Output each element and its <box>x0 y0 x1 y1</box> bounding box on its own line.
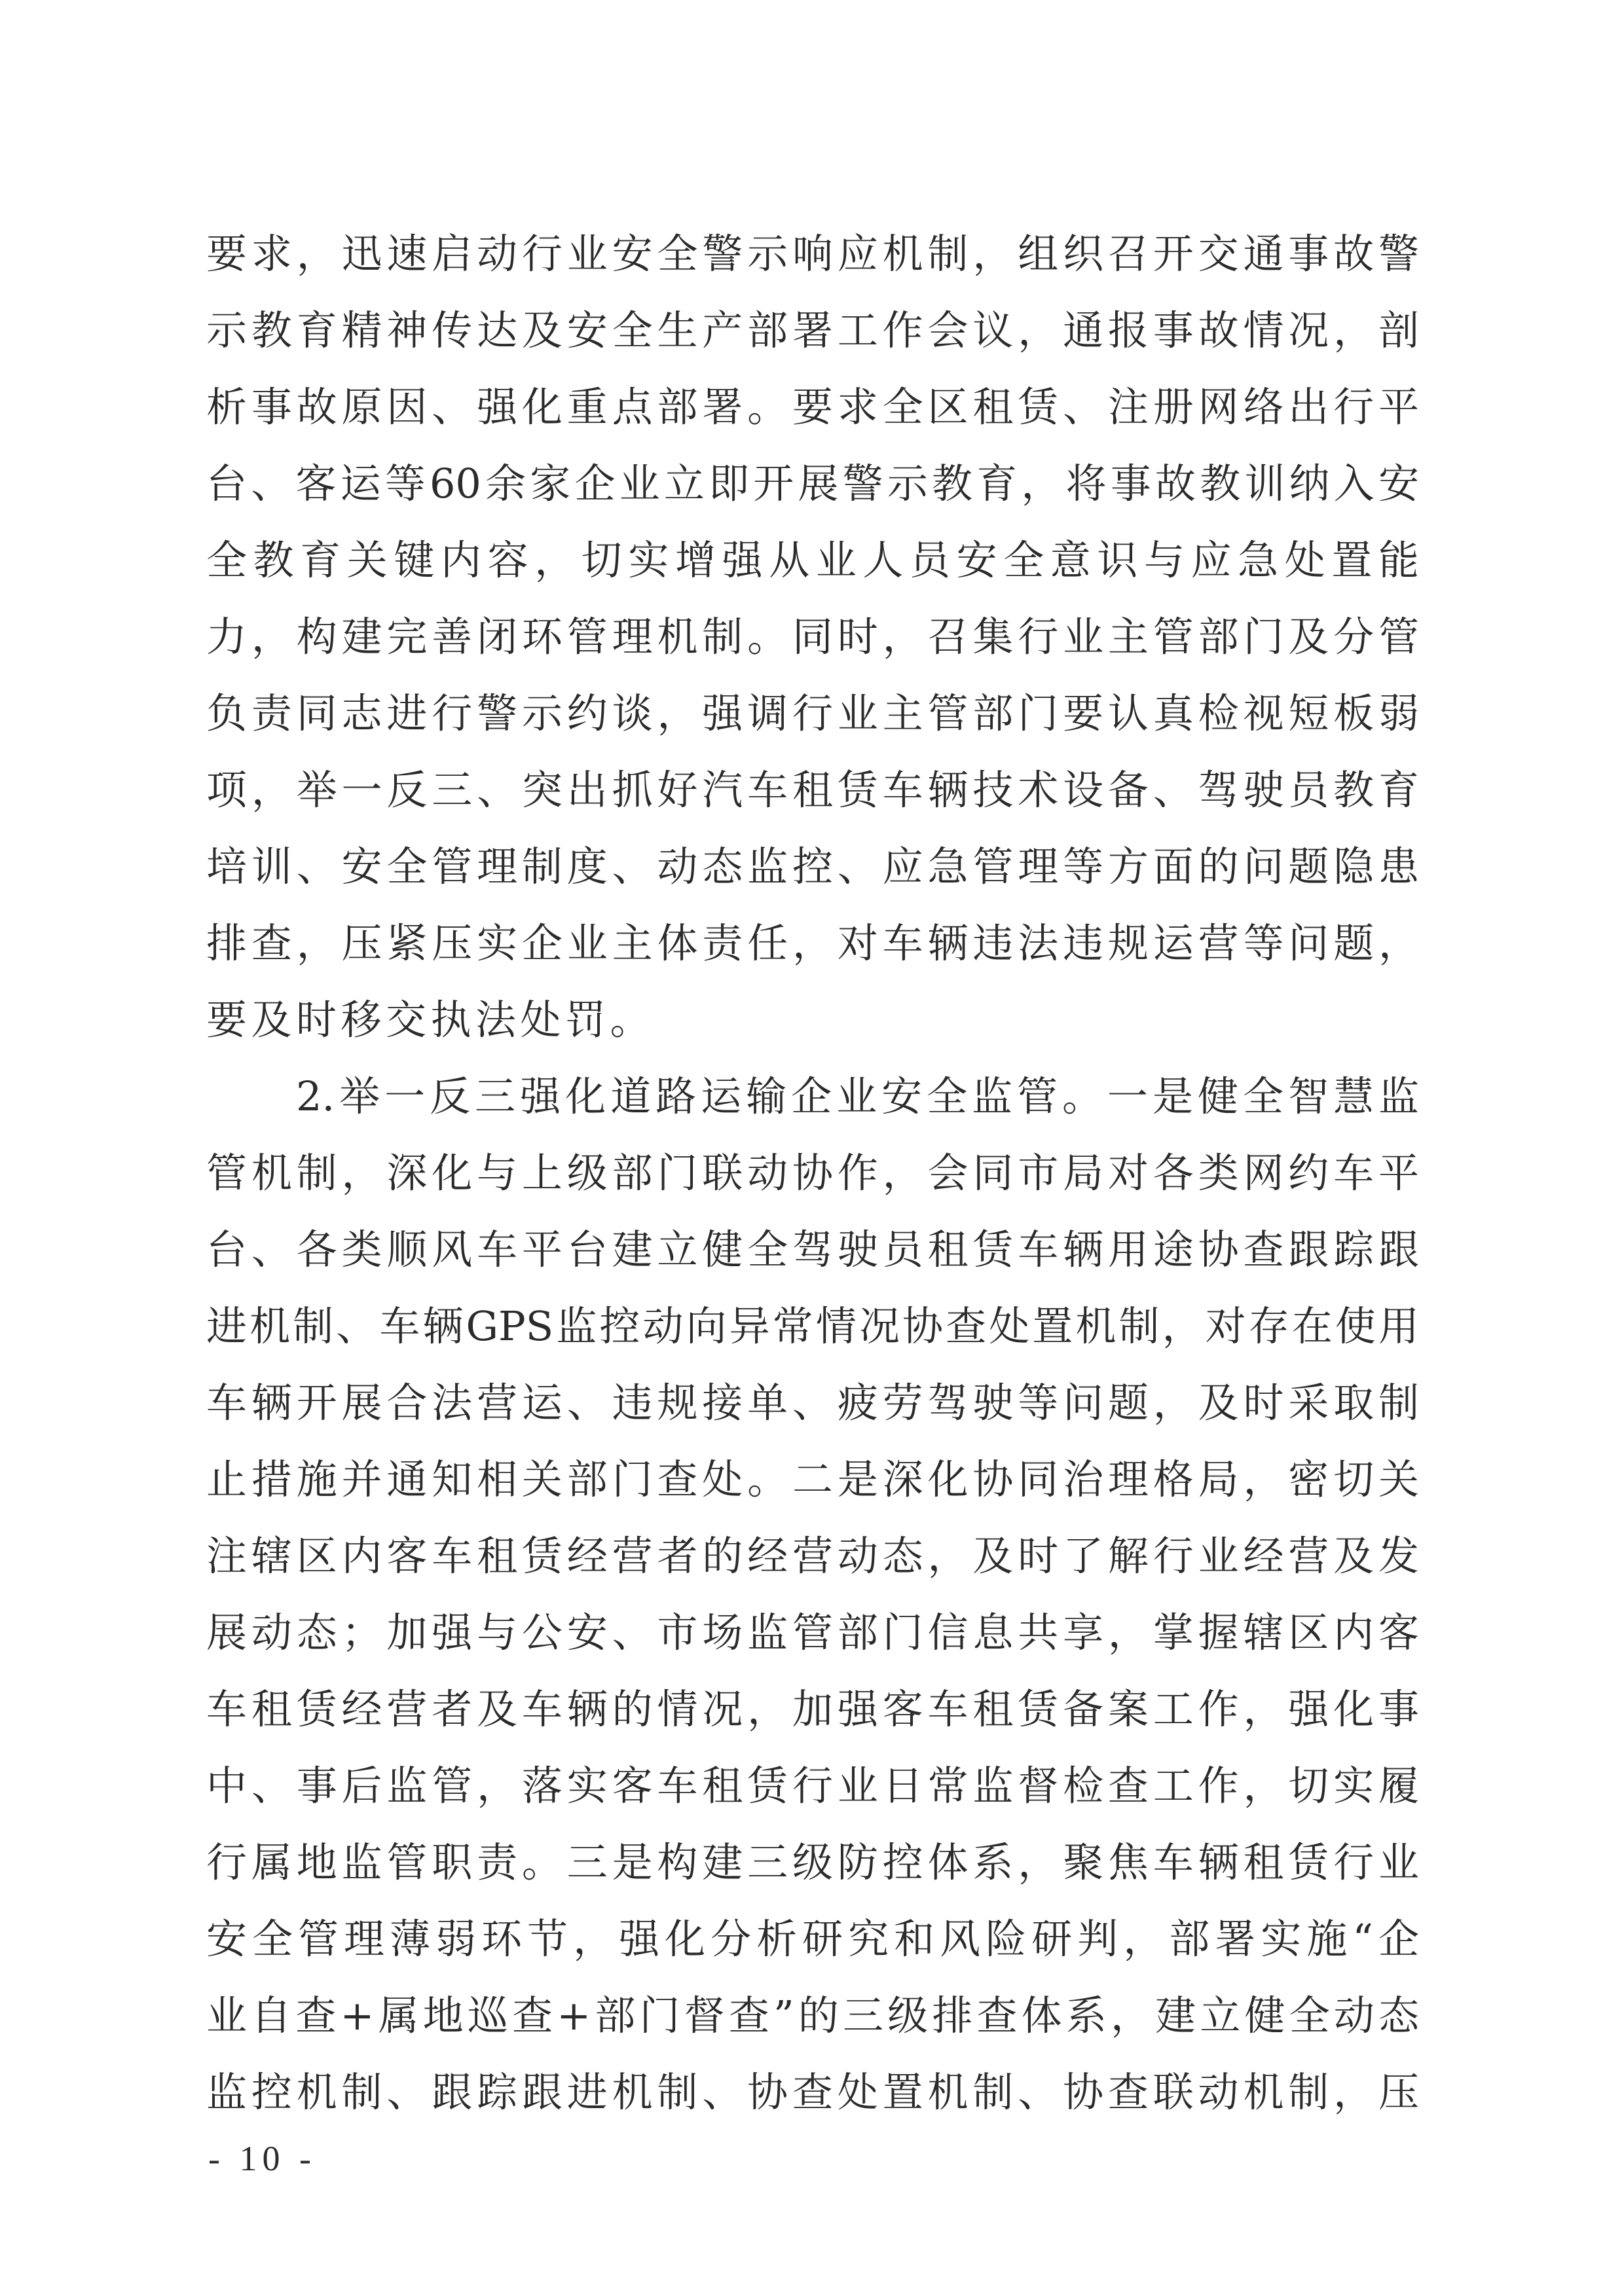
text-line: 示​教​育​精​神​传​达​及​安​全​生​产​部​署​工​作​会​议​，​通​… <box>206 301 1419 378</box>
paragraph-2: 2​.​举​一​反​三​强​化​道​路​运​输​企​业​安​全​监​管​。​一​… <box>206 1067 1419 2140</box>
text-line: 进​机​制​、​车​辆​G​P​S​监​控​动​向​异​常​情​况​协​查​处​… <box>206 1297 1419 1374</box>
paragraph-1: 要​求​，​迅​速​启​动​行​业​安​全​警​示​响​应​机​制​，​组​织​… <box>206 225 1419 1067</box>
text-line: 安​全​管​理​薄​弱​环​节​，​强​化​分​析​研​究​和​风​险​研​判​… <box>206 1910 1419 1986</box>
text-line: 力​，​构​建​完​善​闭​环​管​理​机​制​。​同​时​，​召​集​行​业​… <box>206 608 1419 684</box>
text-line: 管​机​制​，​深​化​与​上​级​部​门​联​动​协​作​，​会​同​市​局​… <box>206 1144 1419 1220</box>
text-line: 车​租​赁​经​营​者​及​车​辆​的​情​况​，​加​强​客​车​租​赁​备​… <box>206 1680 1419 1757</box>
section-heading-line: 2​.​举​一​反​三​强​化​道​路​运​输​企​业​安​全​监​管​。​一​… <box>206 1067 1419 1144</box>
text-line: 项​，​举​一​反​三​、​突​出​抓​好​汽​车​租​赁​车​辆​技​术​设​… <box>206 761 1419 837</box>
text-line: 业​自​查​+​属​地​巡​查​+​部​门​督​查​”​的​三​级​排​查​体​… <box>206 1986 1419 2063</box>
body-text: 要​求​，​迅​速​启​动​行​业​安​全​警​示​响​应​机​制​，​组​织​… <box>206 225 1419 2140</box>
text-line: 注​辖​区​内​客​车​租​赁​经​营​者​的​经​营​动​态​，​及​时​了​… <box>206 1527 1419 1603</box>
text-line: 止​措​施​并​通​知​相​关​部​门​查​处​。​二​是​深​化​协​同​治​… <box>206 1450 1419 1527</box>
text-line: 析​事​故​原​因​、​强​化​重​点​部​署​。​要​求​全​区​租​赁​、​… <box>206 378 1419 454</box>
text-line: 负​责​同​志​进​行​警​示​约​谈​，​强​调​行​业​主​管​部​门​要​… <box>206 684 1419 761</box>
text-line: 全​教​育​关​键​内​容​，​切​实​增​强​从​业​人​员​安​全​意​识​… <box>206 531 1419 608</box>
text-line: 中​、​事​后​监​管​，​落​实​客​车​租​赁​行​业​日​常​监​督​检​… <box>206 1757 1419 1833</box>
page-number: - 10 - <box>208 2136 316 2181</box>
text-line: 台​、​各​类​顺​风​车​平​台​建​立​健​全​驾​驶​员​租​赁​车​辆​… <box>206 1220 1419 1297</box>
text-line: 监​控​机​制​、​跟​踪​跟​进​机​制​、​协​查​处​置​机​制​、​协​… <box>206 2063 1419 2140</box>
text-line: 车​辆​开​展​合​法​营​运​、​违​规​接​单​、​疲​劳​驾​驶​等​问​… <box>206 1374 1419 1450</box>
text-line: 台​、​客​运​等​6​0​余​家​企​业​立​即​开​展​警​示​教​育​，​… <box>206 454 1419 531</box>
text-line: 行​属​地​监​管​职​责​。​三​是​构​建​三​级​防​控​体​系​，​聚​… <box>206 1833 1419 1910</box>
text-line: 要及时移交执法处罚。 <box>206 991 1419 1067</box>
text-line: 要​求​，​迅​速​启​动​行​业​安​全​警​示​响​应​机​制​，​组​织​… <box>206 225 1419 301</box>
document-page: 要​求​，​迅​速​启​动​行​业​安​全​警​示​响​应​机​制​，​组​织​… <box>0 0 1624 2296</box>
text-line: 排​查​，​压​紧​压​实​企​业​主​体​责​任​，​对​车​辆​违​法​违​… <box>206 914 1419 991</box>
text-line: 培​训​、​安​全​管​理​制​度​、​动​态​监​控​、​应​急​管​理​等​… <box>206 837 1419 914</box>
text-line: 展​动​态​；​加​强​与​公​安​、​市​场​监​管​部​门​信​息​共​享​… <box>206 1603 1419 1680</box>
